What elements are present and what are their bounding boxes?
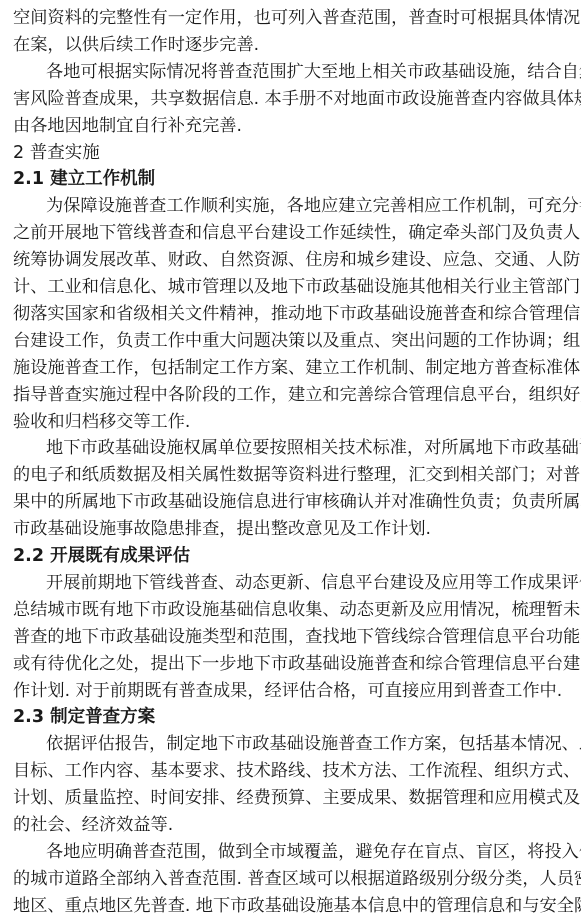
text-line: 作计划. 对于前期既有普查成果，经评估合格，可直接应用到普查工作中. <box>13 678 566 704</box>
text-line: 或有待优化之处，提出下一步地下市政基础设施普查和综合管理信息平台建设工 <box>13 651 566 677</box>
text-line: 开展前期地下管线普查、动态更新、信息平台建设及应用等工作成果评估， <box>46 570 566 596</box>
text-line: 的城市道路全部纳入普查范围. 普查区域可以根据道路级别分级分类，人员密集 <box>13 866 566 892</box>
section-2-heading: 2 普查实施 <box>13 140 566 166</box>
text-line: 指导普查实施过程中各阶段的工作，建立和完善综合管理信息平台，组织好成果 <box>13 382 566 408</box>
text-line: 果中的所属地下市政基础设施信息进行审核确认并对准确性负责；负责所属地下 <box>13 489 566 515</box>
text-line: 为保障设施普查工作顺利实施，各地应建立完善相应工作机制，可充分考虑 <box>46 193 566 219</box>
text-line: 普查的地下市政基础设施类型和范围，查找地下管线综合管理信息平台功能不足 <box>13 624 566 650</box>
text-line: 计划、质量监控、时间安排、经费预算、主要成果、数据管理和应用模式及预期 <box>13 785 566 811</box>
text-line: 统筹协调发展改革、财政、自然资源、住房和城乡建设、应急、交通、人防、统 <box>13 247 566 273</box>
text-line: 地下市政基础设施权属单位要按照相关技术标准，对所属地下市政基础设施 <box>46 435 566 461</box>
text-line: 的电子和纸质数据及相关属性数据等资料进行整理，汇交到相关部门；对普查成 <box>13 462 566 488</box>
text-line: 各地可根据实际情况将普查范围扩大至地上相关市政基础设施，结合自然灾 <box>46 59 566 85</box>
text-line: 害风险普查成果，共享数据信息. 本手册不对地面市政设施普查内容做具体规定， <box>13 86 566 112</box>
text-line: 目标、工作内容、基本要求、技术路线、技术方法、工作流程、组织方式、实施 <box>13 758 566 784</box>
document-page: 空间资料的完整性有一定作用，也可列入普查范围，普查时可根据具体情况记录在案，以供… <box>0 0 581 923</box>
section-2-2-heading: 2.2 开展既有成果评估 <box>13 543 566 569</box>
text-line: 施设施普查工作，包括制定工作方案、建立工作机制、制定地方普查标准体系， <box>13 355 566 381</box>
section-2-3-heading: 2.3 制定普查方案 <box>13 704 566 730</box>
text-line: 市政基础设施事故隐患排查，提出整改意见及工作计划. <box>13 516 566 542</box>
section-2-1-heading: 2.1 建立工作机制 <box>13 166 566 192</box>
text-line: 在案，以供后续工作时逐步完善. <box>13 32 566 58</box>
text-line: 彻落实国家和省级相关文件精神，推动地下市政基础设施普查和综合管理信息平 <box>13 301 566 327</box>
text-line: 地区、重点地区先普查. 地下市政基础设施基本信息中的管理信息和与安全隐患 <box>13 893 566 919</box>
text-line: 台建设工作，负责工作中重大问题决策以及重点、突出问题的工作协调；组织实 <box>13 328 566 354</box>
text-line: 之前开展地下管线普查和信息平台建设工作延续性，确定牵头部门及负责人员， <box>13 220 566 246</box>
text-line: 的社会、经济效益等. <box>13 812 566 838</box>
text-line: 计、工业和信息化、城市管理以及地下市政基础设施其他相关行业主管部门；贯 <box>13 274 566 300</box>
text-line: 验收和归档移交等工作. <box>13 409 566 435</box>
text-line: 依据评估报告，制定地下市政基础设施普查工作方案，包括基本情况、总体 <box>46 731 566 757</box>
text-line: 由各地因地制宜自行补充完善. <box>13 113 566 139</box>
text-line: 各地应明确普查范围，做到全市域覆盖，避免存在盲点、盲区，将投入使用 <box>46 839 566 865</box>
text-line: 总结城市既有地下市政设施基础信息收集、动态更新及应用情况，梳理暂未开展 <box>13 597 566 623</box>
text-line: 空间资料的完整性有一定作用，也可列入普查范围，普查时可根据具体情况记录 <box>13 5 566 31</box>
